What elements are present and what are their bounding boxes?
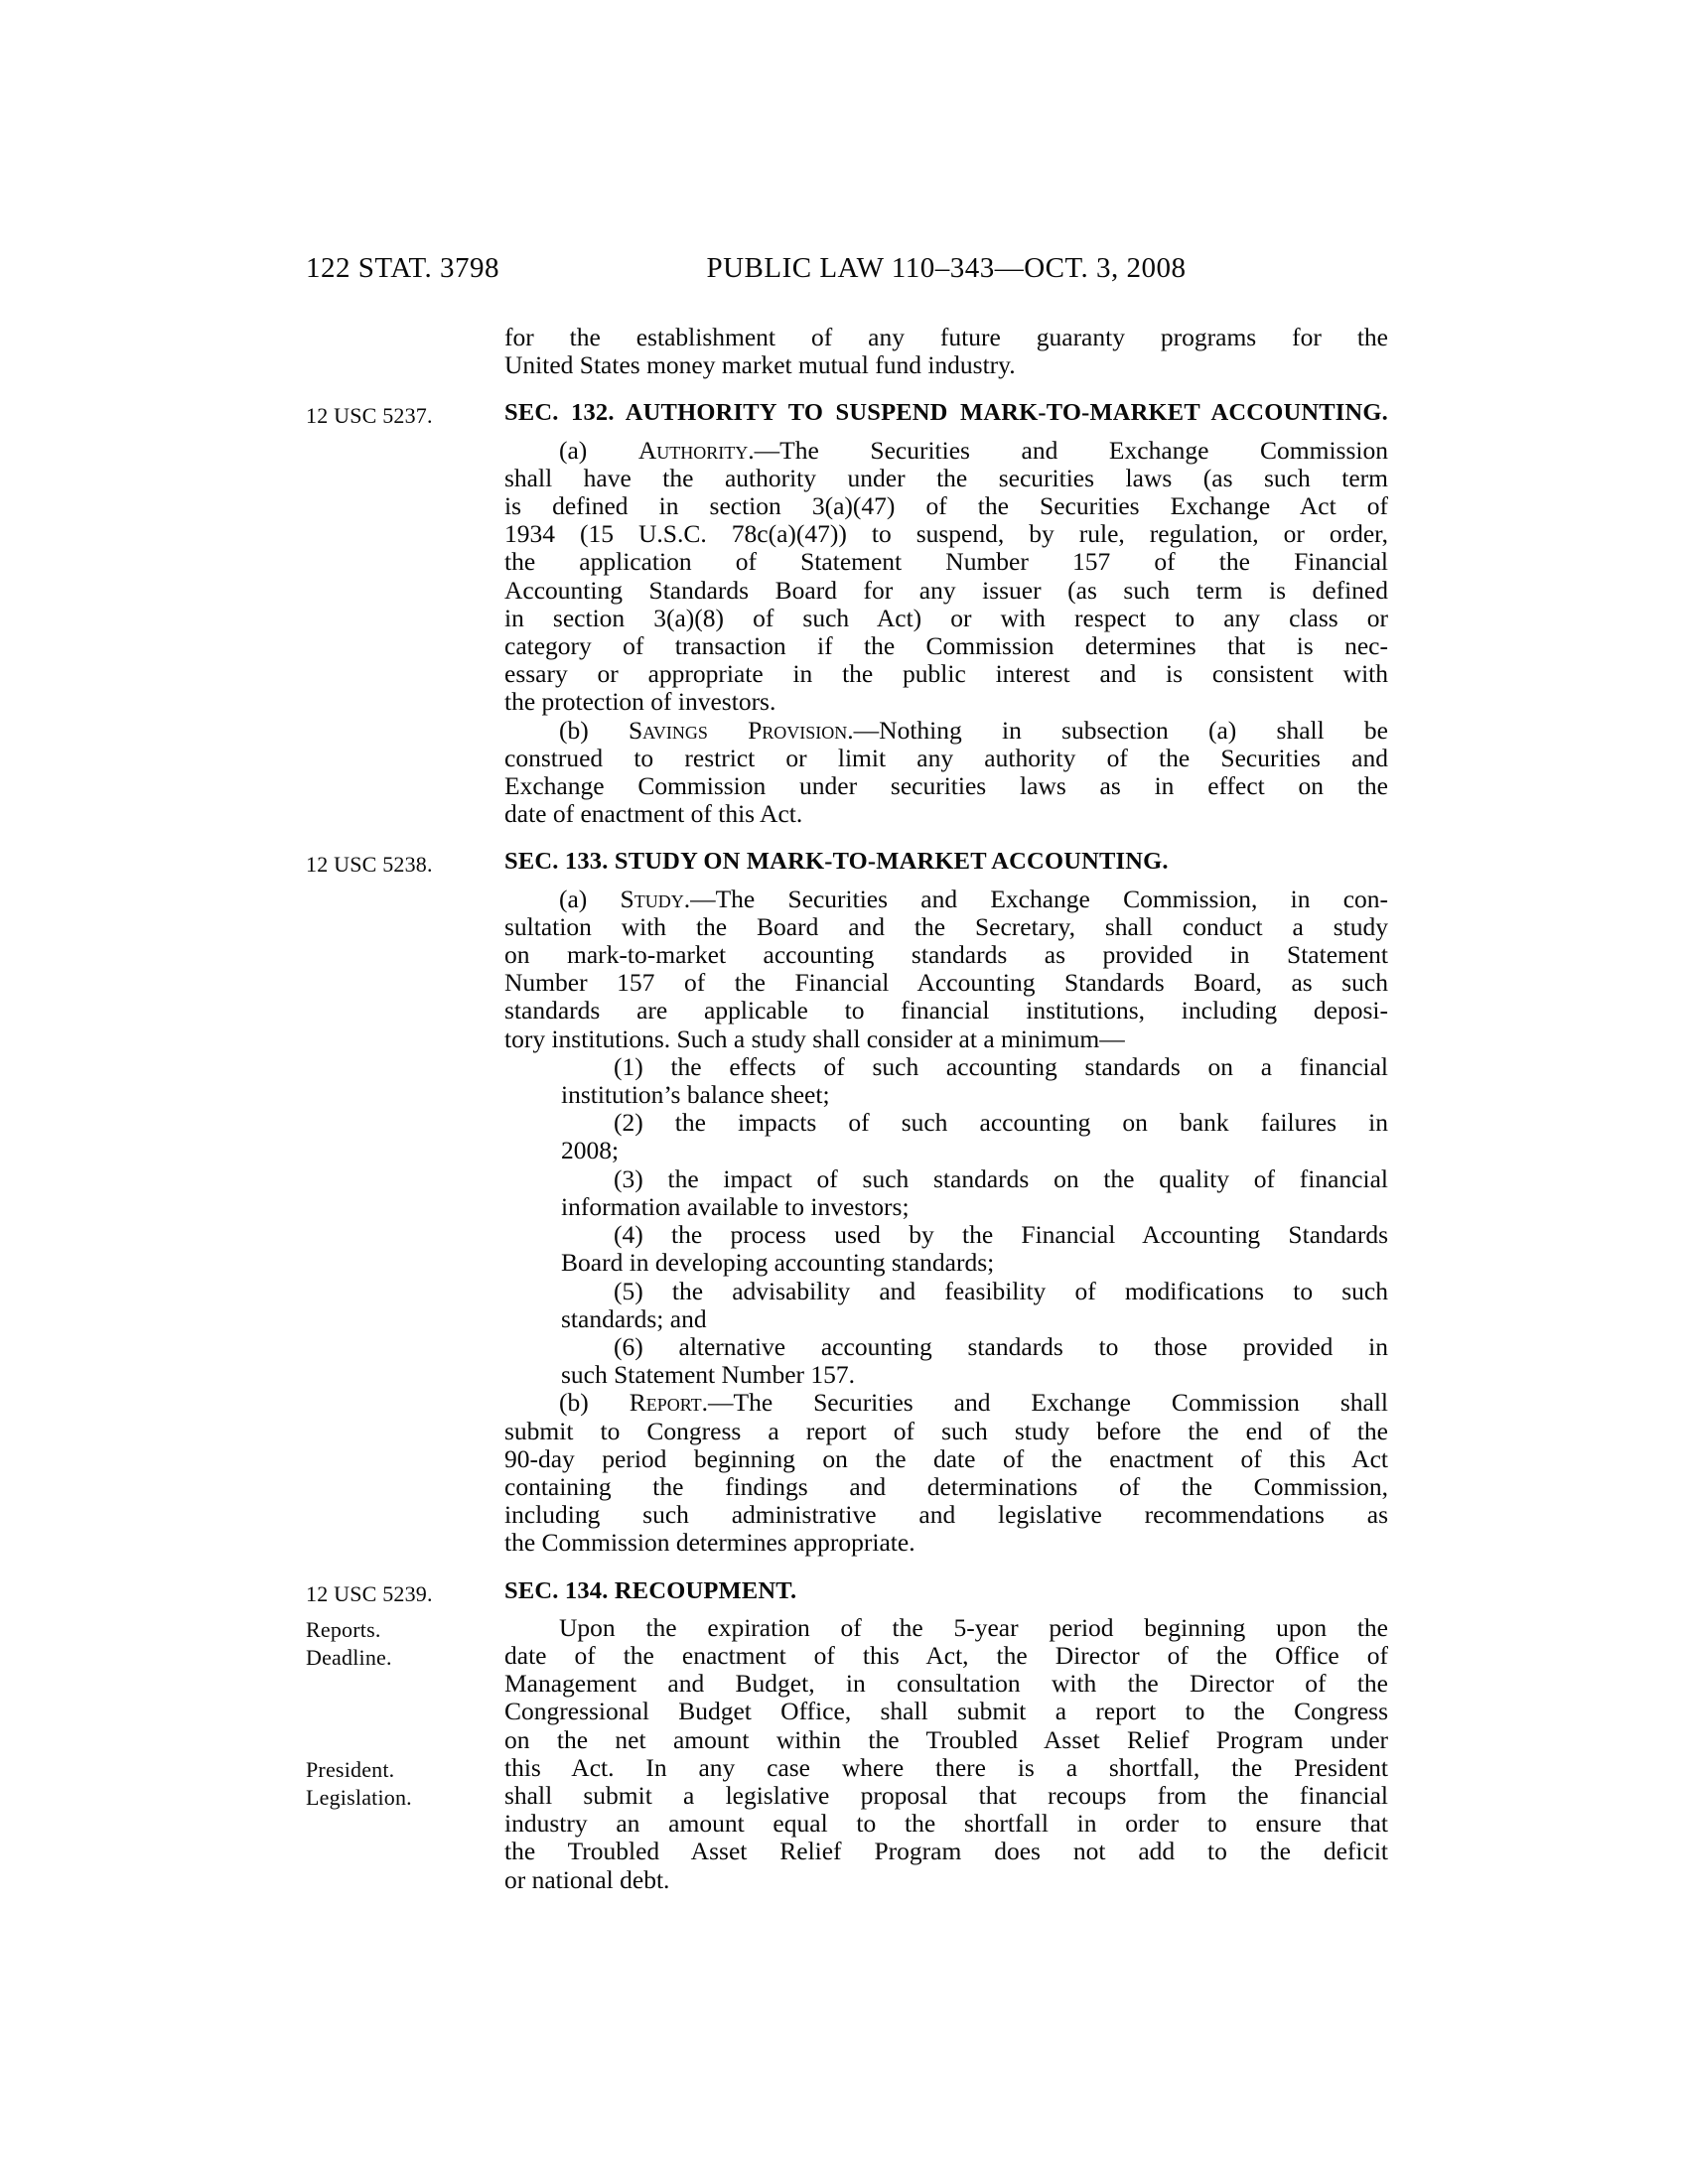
text-line: 1934 (15 U.S.C. 78c(a)(47)) to suspend, …: [504, 520, 1388, 548]
paragraph: (b) Report.—The Securities and Exchange …: [504, 1389, 1388, 1557]
margin-note-line: 12 USC 5239.: [306, 1580, 494, 1608]
text-line: SEC. 134. RECOUPMENT.: [504, 1577, 1388, 1605]
subparagraph: (6) alternative accounting standards to …: [561, 1333, 1388, 1389]
text-line: shall have the authority under the secur…: [504, 465, 1388, 492]
text-line: standards are applicable to financial in…: [504, 997, 1388, 1024]
text-line: (3) the impact of such standards on the …: [561, 1165, 1388, 1193]
text-line: in section 3(a)(8) of such Act) or with …: [504, 605, 1388, 632]
margin-note-line: Reports.: [306, 1616, 494, 1644]
text-line: essary or appropriate in the public inte…: [504, 660, 1388, 688]
margin-note: 12 USC 5238.: [306, 851, 494, 879]
stat-page-number: 122 STAT. 3798: [306, 252, 499, 285]
margin-note-line: Legislation.: [306, 1784, 494, 1812]
text-line: Board in developing accounting standards…: [561, 1249, 1388, 1277]
text-line: for the establishment of any future guar…: [504, 324, 1388, 351]
margin-note-line: 12 USC 5237.: [306, 402, 494, 430]
text-line: this Act. In any case where there is a s…: [504, 1754, 1388, 1782]
text-line: including such administrative and legisl…: [504, 1501, 1388, 1529]
text-line: date of enactment of this Act.: [504, 800, 1388, 828]
text-line: construed to restrict or limit any autho…: [504, 745, 1388, 772]
text-line: (b) Savings Provision.—Nothing in subsec…: [504, 717, 1388, 745]
text-line: such Statement Number 157.: [561, 1361, 1388, 1389]
text-line: shall submit a legislative proposal that…: [504, 1782, 1388, 1810]
text-line: on the net amount within the Troubled As…: [504, 1726, 1388, 1754]
margin-note-line: 12 USC 5238.: [306, 851, 494, 879]
text-line: 90-day period beginning on the date of t…: [504, 1445, 1388, 1473]
small-caps-label: Savings Provision: [629, 716, 847, 745]
text-line: 2008;: [561, 1137, 1388, 1164]
text-line: (a) Study.—The Securities and Exchange C…: [504, 886, 1388, 913]
subparagraph: (3) the impact of such standards on the …: [561, 1165, 1388, 1221]
statute-body: for the establishment of any future guar…: [504, 324, 1388, 1894]
text-line: SEC. 132. AUTHORITY TO SUSPEND MARK-TO-M…: [504, 399, 1388, 427]
subparagraph: (4) the process used by the Financial Ac…: [561, 1221, 1388, 1277]
text-line: the application of Statement Number 157 …: [504, 548, 1388, 576]
margin-note-line: Deadline.: [306, 1644, 494, 1672]
text-line: Congressional Budget Office, shall submi…: [504, 1698, 1388, 1725]
paragraph: for the establishment of any future guar…: [504, 324, 1388, 379]
paragraph: (a) Authority.—The Securities and Exchan…: [504, 437, 1388, 717]
text-line: SEC. 133. STUDY ON MARK-TO-MARKET ACCOUN…: [504, 848, 1388, 876]
text-line: institution’s balance sheet;: [561, 1081, 1388, 1109]
text-line: the Troubled Asset Relief Program does n…: [504, 1838, 1388, 1865]
text-line: sultation with the Board and the Secreta…: [504, 913, 1388, 941]
margin-note: 12 USC 5237.: [306, 402, 494, 430]
text-line: containing the findings and determinatio…: [504, 1473, 1388, 1501]
text-line: (5) the advisability and feasibility of …: [561, 1278, 1388, 1305]
subparagraph: (1) the effects of such accounting stand…: [561, 1053, 1388, 1109]
text-line: or national debt.: [504, 1866, 1388, 1894]
text-line: (b) Report.—The Securities and Exchange …: [504, 1389, 1388, 1417]
text-line: is defined in section 3(a)(47) of the Se…: [504, 492, 1388, 520]
text-line: Management and Budget, in consultation w…: [504, 1670, 1388, 1698]
margin-note: President.Legislation.: [306, 1756, 494, 1812]
public-law-title: PUBLIC LAW 110–343—OCT. 3, 2008: [504, 252, 1388, 285]
text-line: Upon the expiration of the 5-year period…: [504, 1614, 1388, 1642]
subparagraph: (2) the impacts of such accounting on ba…: [561, 1109, 1388, 1164]
text-line: information available to investors;: [561, 1193, 1388, 1221]
text-line: (1) the effects of such accounting stand…: [561, 1053, 1388, 1081]
small-caps-label: Study: [621, 885, 684, 913]
text-line: United States money market mutual fund i…: [504, 351, 1388, 379]
margin-note: Reports.Deadline.: [306, 1616, 494, 1672]
text-line: industry an amount equal to the shortfal…: [504, 1810, 1388, 1838]
text-line: standards; and: [561, 1305, 1388, 1333]
page-header: 122 STAT. 3798 PUBLIC LAW 110–343—OCT. 3…: [0, 252, 1688, 288]
statute-page: 122 STAT. 3798 PUBLIC LAW 110–343—OCT. 3…: [0, 0, 1688, 2184]
text-line: category of transaction if the Commissio…: [504, 632, 1388, 660]
margin-note: 12 USC 5239.: [306, 1580, 494, 1608]
small-caps-label: Report: [630, 1388, 702, 1417]
text-line: date of the enactment of this Act, the D…: [504, 1642, 1388, 1670]
section-heading: 12 USC 5238.SEC. 133. STUDY ON MARK-TO-M…: [504, 848, 1388, 876]
margin-note-line: President.: [306, 1756, 494, 1784]
text-line: Exchange Commission under securities law…: [504, 772, 1388, 800]
text-line: the protection of investors.: [504, 688, 1388, 716]
text-line: (2) the impacts of such accounting on ba…: [561, 1109, 1388, 1137]
paragraph: Reports.Deadline.President.Legislation.U…: [504, 1614, 1388, 1894]
section-heading: 12 USC 5237.SEC. 132. AUTHORITY TO SUSPE…: [504, 399, 1388, 427]
text-line: (6) alternative accounting standards to …: [561, 1333, 1388, 1361]
text-line: (a) Authority.—The Securities and Exchan…: [504, 437, 1388, 465]
text-line: (4) the process used by the Financial Ac…: [561, 1221, 1388, 1249]
text-line: on mark-to-market accounting standards a…: [504, 941, 1388, 969]
small-caps-label: Authority: [638, 436, 748, 465]
paragraph: (a) Study.—The Securities and Exchange C…: [504, 886, 1388, 1053]
section-heading: 12 USC 5239.SEC. 134. RECOUPMENT.: [504, 1577, 1388, 1605]
paragraph: (b) Savings Provision.—Nothing in subsec…: [504, 717, 1388, 829]
text-line: Accounting Standards Board for any issue…: [504, 577, 1388, 605]
text-line: Number 157 of the Financial Accounting S…: [504, 969, 1388, 997]
text-line: the Commission determines appropriate.: [504, 1529, 1388, 1557]
text-line: submit to Congress a report of such stud…: [504, 1418, 1388, 1445]
subparagraph: (5) the advisability and feasibility of …: [561, 1278, 1388, 1333]
text-line: tory institutions. Such a study shall co…: [504, 1025, 1388, 1053]
